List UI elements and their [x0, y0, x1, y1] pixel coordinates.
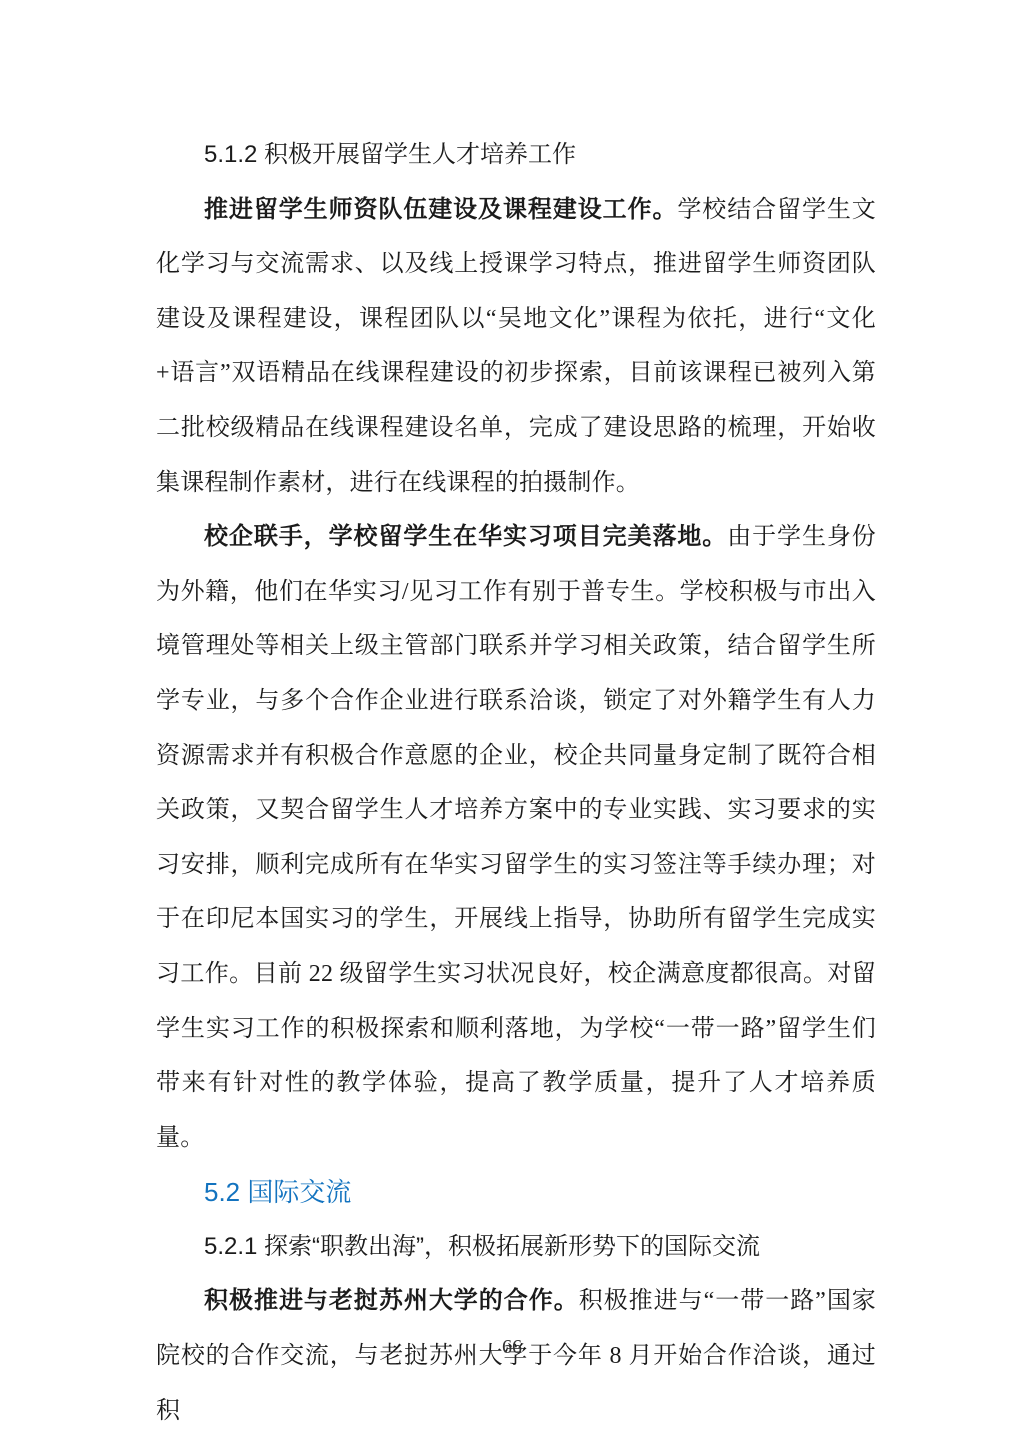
paragraph-body-text: 由于学生身份为外籍，他们在华实习/见习工作有别于普专生。学校积极与市出入境管理处… [156, 524, 876, 1151]
page-number: 66 [502, 1336, 522, 1358]
paragraph-bold-lead: 推进留学生师资队伍建设及课程建设工作。 [204, 196, 677, 223]
document-content: 5.1.2 积极开展留学生人才培养工作 推进留学生师资队伍建设及课程建设工作。学… [156, 128, 876, 1438]
paragraph-internship-project: 校企联手，学校留学生在华实习项目完美落地。由于学生身份为外籍，他们在华实习/见习… [156, 510, 876, 1165]
section-heading-5-1-2: 5.1.2 积极开展留学生人才培养工作 [156, 128, 876, 183]
section-heading-5-2: 5.2 国际交流 [156, 1165, 876, 1220]
document-page: 5.1.2 积极开展留学生人才培养工作 推进留学生师资队伍建设及课程建设工作。学… [0, 0, 1024, 1448]
paragraph-bold-lead: 校企联手，学校留学生在华实习项目完美落地。 [204, 523, 727, 550]
paragraph-teacher-course-building: 推进留学生师资队伍建设及课程建设工作。学校结合留学生文化学习与交流需求、以及线上… [156, 183, 876, 511]
paragraph-bold-lead: 积极推进与老挝苏州大学的合作。 [204, 1287, 579, 1314]
page-footer: 66 [0, 1336, 1024, 1359]
paragraph-body-text: 学校结合留学生文化学习与交流需求、以及线上授课学习特点，推进留学生师资团队建设及… [156, 197, 876, 496]
section-heading-5-2-1: 5.2.1 探索“职教出海”，积极拓展新形势下的国际交流 [156, 1220, 876, 1275]
